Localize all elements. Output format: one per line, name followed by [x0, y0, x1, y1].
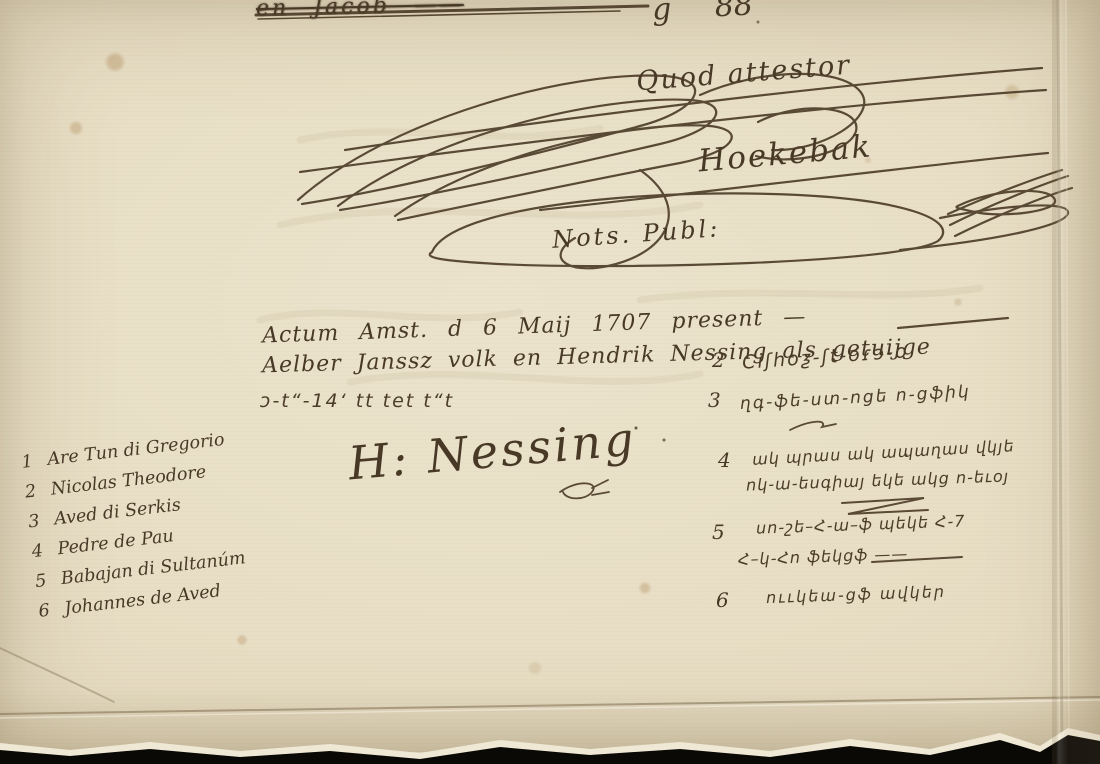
paper-sheet — [0, 0, 1100, 764]
signature-number: 3 — [708, 388, 721, 412]
signature-number: 6 — [716, 588, 729, 612]
list-number: 6 — [37, 594, 66, 627]
signature-number: 5 — [712, 520, 725, 544]
list-number: 4 — [30, 534, 59, 567]
right-page-fold — [1052, 0, 1100, 764]
manuscript-scan: en Jacob —— g 88 Quod attestor Hoekebak … — [0, 0, 1100, 764]
list-number: 1 — [20, 445, 49, 478]
list-number: 5 — [34, 564, 63, 597]
armenian-signature-1: ɔ-t“-14‘ tt tet t“t — [260, 390, 454, 412]
list-number: 3 — [27, 505, 56, 538]
list-number: 2 — [23, 475, 52, 508]
page-bottom-shadow — [0, 688, 1100, 752]
witness-name-list: 1Are Tun di Gregorio 2Nicolas Theodore 3… — [20, 424, 250, 627]
signature-number: 2 — [712, 348, 725, 372]
signature-number: 4 — [718, 448, 731, 472]
